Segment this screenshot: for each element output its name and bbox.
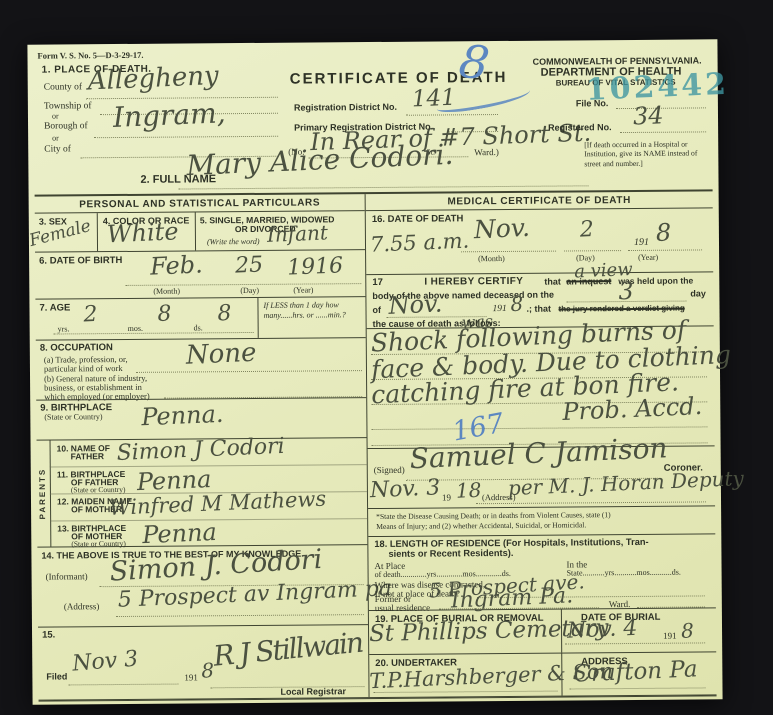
dod-day-value: 2 [579, 219, 594, 242]
age-label: 7. AGE [39, 302, 70, 313]
township-label: Township of [44, 101, 92, 111]
registration-district-label: Registration District No. [294, 102, 397, 113]
age-years-value: 2 [83, 304, 98, 327]
inquest-month-value: Nov. [388, 292, 443, 318]
birthplace-value: Penna. [141, 402, 224, 429]
ward-label: Ward.) [474, 147, 499, 157]
footnote-line1: *State the Disease Causing Death; or in … [376, 510, 611, 521]
length-of-residence-row: 18. LENGTH OF RESIDENCE (For Hospitals, … [368, 534, 716, 611]
dob-month: Feb. [150, 252, 204, 278]
filed-row: 15. Filed Nov 3 191 8 R J Stillwain Loca… [38, 625, 369, 700]
medical-certificate-column: MEDICAL CERTIFICATE OF DEATH 16. DATE OF… [366, 191, 717, 697]
that-word2: .; that [526, 304, 551, 314]
coroner-year-printed: 19 [442, 492, 451, 502]
dod-label: 16. DATE OF DEATH [372, 213, 464, 225]
dotted-line [564, 249, 621, 251]
dotted-line [371, 425, 707, 430]
marital-caption: (Write the word) [207, 237, 260, 246]
city-label: City of [44, 144, 71, 154]
occupation-a-line2: particular kind of work [44, 363, 123, 374]
father-name-value: Simon J Codori [116, 436, 285, 465]
mother-bp-value: Penna [142, 520, 217, 547]
filed-date-value: Nov 3 [72, 649, 139, 676]
age-days-value: 8 [217, 303, 232, 326]
dotted-line [68, 683, 178, 686]
certificate-body: PERSONAL AND STATISTICAL PARTICULARS 3. … [35, 189, 717, 700]
dotted-line [374, 690, 558, 693]
occupation-label: 8. OCCUPATION [40, 342, 113, 354]
inquest-day-value: 3 [618, 279, 634, 304]
burial-year-written: 8 [681, 620, 695, 641]
file-number-stamp: 102442 [585, 67, 730, 108]
age-months-value: 8 [157, 303, 172, 326]
cell-divider [97, 213, 98, 251]
full-name-value: Mary Alice Codori. [186, 141, 454, 180]
year-caption: (Year) [293, 285, 313, 294]
registered-no-value: 34 [632, 103, 664, 128]
registered-no-label: Registered No. [548, 122, 612, 132]
day-caption: (Day) [240, 286, 259, 295]
borough-value: Ingram, [112, 99, 226, 132]
birthplace-row: 9. BIRTHPLACE (State or Country) Penna. [36, 398, 366, 441]
dotted-line [116, 613, 364, 617]
dotted-line [565, 641, 705, 644]
parents-vertical-label: PARENTS [38, 468, 47, 520]
color-race-value: White [106, 219, 179, 246]
informant-label: (Informant) [46, 571, 88, 581]
cell-divider [257, 298, 258, 338]
footnote-line2: Means of Injury; and (2) whether Acciden… [376, 520, 586, 531]
informant-row: 14. THE ABOVE IS TRUE TO THE BEST OF MY … [37, 545, 368, 628]
local-registrar-label: Local Registrar [280, 686, 346, 697]
section18-label2: sients or Recent Residents). [388, 548, 513, 559]
dod-month-value: Nov. [473, 215, 530, 242]
or-word: or [52, 133, 59, 142]
certify-bold: I HEREBY CERTIFY [424, 276, 523, 288]
father-bp-value: Penna [136, 467, 211, 494]
cause-line4: Prob. Accd. [562, 394, 703, 424]
coroner-signed-row: (Signed) Samuel C Jamison Coroner. Nov. … [368, 446, 715, 509]
month-caption: (Month) [478, 254, 505, 263]
occupation-value: None [185, 340, 257, 369]
year-caption: (Year) [638, 253, 658, 262]
dotted-line [620, 130, 706, 133]
sex-color-marital-row: 3. SEX Female 4. COLOR OR RACE White 5. … [35, 211, 365, 253]
inquest-year-written: 8 [510, 294, 524, 315]
personal-particulars-column: PERSONAL AND STATISTICAL PARTICULARS 3. … [35, 194, 370, 700]
form-number-text: Form V. S. No. 5—D-3-29-17. [37, 50, 143, 61]
dotted-line [54, 331, 254, 335]
marital-value: Infant [267, 222, 329, 245]
dotted-line [476, 500, 706, 504]
undertaker-row: 20. UNDERTAKER T.P.Harshberger & Son ADD… [369, 652, 716, 697]
section17-number: 17 [372, 277, 383, 288]
dob-year: 1916 [287, 255, 344, 279]
deputy-value: per M. J. Horan Deputy [508, 468, 745, 498]
parents-block: PARENTS 10. NAME OF FATHER Simon J Codor… [37, 438, 368, 548]
burial-date-value: Nov. 4 [567, 618, 638, 643]
occupation-row: 8. OCCUPATION (a) Trade, profession, or,… [36, 338, 366, 401]
footnote-row: *State the Disease Causing Death; or in … [368, 506, 715, 537]
coroner-date: Nov. 3 [369, 477, 440, 502]
hospital-note: [If death occurred in a Hospital or Inst… [584, 139, 712, 168]
of-word: of [372, 305, 381, 315]
dotted-line [406, 113, 498, 116]
or-word: or [52, 111, 59, 120]
dod-year-printed: 191 [634, 237, 649, 248]
dod-year-written: 8 [655, 220, 671, 245]
cell-divider [195, 212, 196, 250]
sex-value: Female [28, 218, 93, 250]
month-caption: (Month) [153, 287, 180, 296]
inquest-year-printed: 191 [492, 304, 506, 314]
father-bp-caption: (State or Country) [71, 485, 126, 494]
section15-label: 15. [42, 630, 55, 641]
struck-jury-verdict: the jury rendered a verdict giving [558, 304, 684, 314]
death-certificate: Form V. S. No. 5—D-3-29-17. 1. PLACE OF … [27, 39, 722, 704]
burial-row: 19. PLACE OF BURIAL OR REMOVAL St Philli… [369, 608, 716, 655]
dotted-line [179, 184, 589, 189]
certify-that: that [544, 277, 561, 287]
filed-year-printed: 191 [184, 672, 198, 682]
borough-label: Borough of [44, 121, 88, 131]
county-value: Allegheny [87, 63, 219, 95]
age-row: 7. AGE yrs. 2 mos. 8 ds. 8 If LESS than … [35, 297, 365, 341]
ward-label: Ward. [609, 599, 631, 609]
dod-time-value: 7.55 a.m. [370, 231, 470, 256]
county-label: County of [44, 82, 82, 92]
date-of-death-row: 16. DATE OF DEATH 7.55 a.m. Nov. 2 191 8… [366, 208, 713, 275]
burial-year-printed: 191 [663, 631, 677, 641]
coroner-signature: Samuel C Jamison [409, 434, 668, 473]
dotted-line [461, 250, 556, 253]
dob-day: 25 [235, 254, 264, 277]
dob-label: 6. DATE OF BIRTH [39, 255, 122, 267]
filed-label: Filed [46, 671, 67, 681]
informant-address-label: (Address) [64, 601, 100, 611]
less-than-day-note: If LESS than 1 day how many......hrs. or… [263, 300, 361, 321]
dotted-line [628, 248, 702, 251]
filed-year-written: 8 [201, 660, 215, 681]
form-number: Form V. S. No. 5—D-3-29-17. [37, 50, 143, 61]
registrar-signature: R J Stillwain [212, 629, 363, 671]
dotted-line [136, 369, 362, 373]
date-of-birth-row: 6. DATE OF BIRTH Feb. 25 1916 (Month) (D… [35, 250, 365, 300]
coroner-year-written: 18 [456, 480, 482, 501]
signed-label: (Signed) [374, 465, 405, 475]
dotted-line [569, 686, 705, 689]
undertaker-address-value: Crafton Pa [573, 658, 698, 686]
day-word: day [690, 288, 706, 298]
dotted-line [94, 135, 278, 138]
father-name-label2: FATHER [71, 451, 104, 461]
birthplace-caption: (State or Country) [44, 412, 102, 421]
